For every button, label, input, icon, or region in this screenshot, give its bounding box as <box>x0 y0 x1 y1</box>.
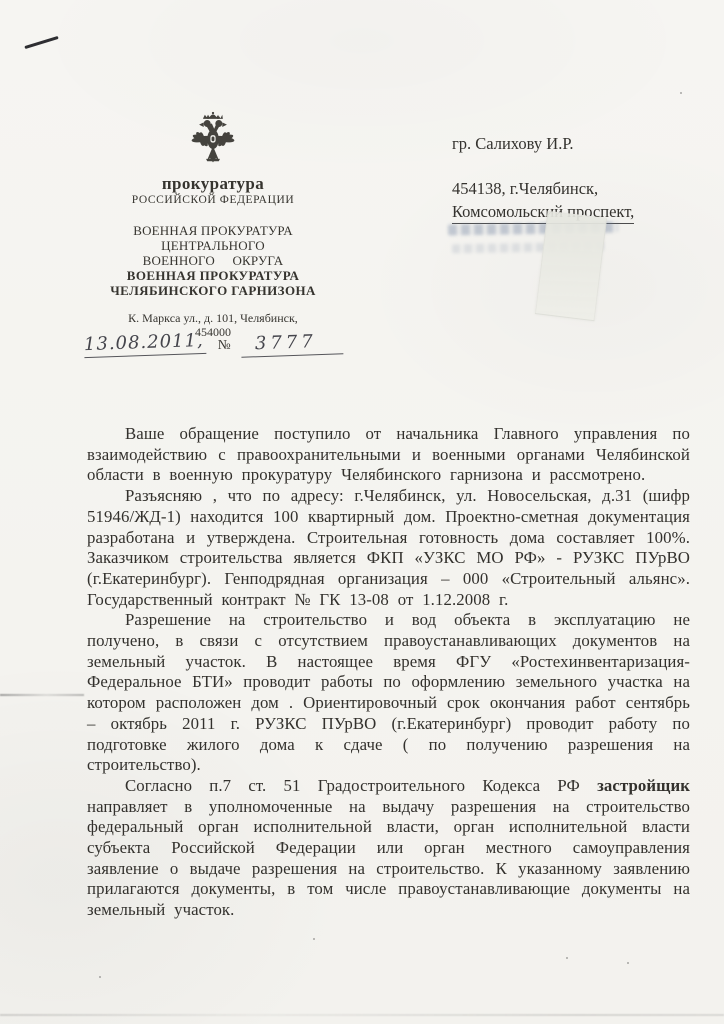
paragraph-4-start: Согласно п.7 ст. 51 Градостроительного К… <box>125 776 597 795</box>
scan-dust-speckle <box>566 957 568 959</box>
recipient-name: гр. Салихову И.Р. <box>452 134 707 154</box>
letterhead: прокуратура РОССИЙСКОЙ ФЕДЕРАЦИИ ВОЕННАЯ… <box>100 106 326 339</box>
unit-name-block: ВОЕННАЯ ПРОКУРАТУРА ЦЕНТРАЛЬНОГО ВОЕННОГ… <box>100 223 326 298</box>
date-number-row: 13.08.2011, № 3777 <box>84 332 344 356</box>
paragraph-4-end: направляет в уполномоченные на выдачу ра… <box>87 797 690 920</box>
scanned-letter-page: прокуратура РОССИЙСКОЙ ФЕДЕРАЦИИ ВОЕННАЯ… <box>0 0 724 1024</box>
scan-bottom-edge <box>0 1014 724 1016</box>
paragraph-4: Согласно п.7 ст. 51 Градостроительного К… <box>87 776 690 921</box>
recipient-street: Комсомольский проспект, <box>452 202 634 224</box>
unit-line3: ВОЕННОГО ОКРУГА <box>100 253 326 268</box>
unit-line5: ЧЕЛЯБИНСКОГО ГАРНИЗОНА <box>100 283 326 298</box>
unit-line1: ВОЕННАЯ ПРОКУРАТУРА <box>100 223 326 238</box>
paragraph-2: Разъясняю , что по адресу: г.Челябинск, … <box>87 486 690 610</box>
unit-line4: ВОЕННАЯ ПРОКУРАТУРА <box>100 268 326 283</box>
letter-body: Ваше обращение поступило от начальника Г… <box>87 424 690 921</box>
handwritten-date: 13.08.2011, <box>84 330 207 358</box>
paragraph-3: Разрешение на строительство и вод объект… <box>87 610 690 776</box>
scan-dust-speckle <box>313 938 315 940</box>
number-sign-label: № <box>218 337 231 353</box>
scan-dust-speckle <box>627 962 629 964</box>
scan-dust-speckle <box>99 976 101 978</box>
letterhead-address-line1: К. Маркса ул., д. 101, Челябинск, <box>100 311 326 325</box>
correction-tape-redaction <box>535 211 607 322</box>
paragraph-1: Ваше обращение поступило от начальника Г… <box>87 424 690 486</box>
paragraph-4-bold-term: застройщик <box>597 776 690 795</box>
scan-dust-speckle <box>680 92 682 94</box>
org-name-line1: прокуратура <box>100 175 326 193</box>
pen-stroke-mark <box>24 36 58 49</box>
handwritten-outgoing-number: 3777 <box>240 330 343 358</box>
org-name-line2: РОССИЙСКОЙ ФЕДЕРАЦИИ <box>100 194 326 207</box>
recipient-block: гр. Салихову И.Р. 454138, г.Челябинск, К… <box>452 134 707 224</box>
unit-line2: ЦЕНТРАЛЬНОГО <box>100 238 326 253</box>
scan-scratch-mark <box>0 694 84 696</box>
recipient-city: 454138, г.Челябинск, <box>452 179 707 199</box>
russia-coat-of-arms-icon <box>184 106 242 170</box>
